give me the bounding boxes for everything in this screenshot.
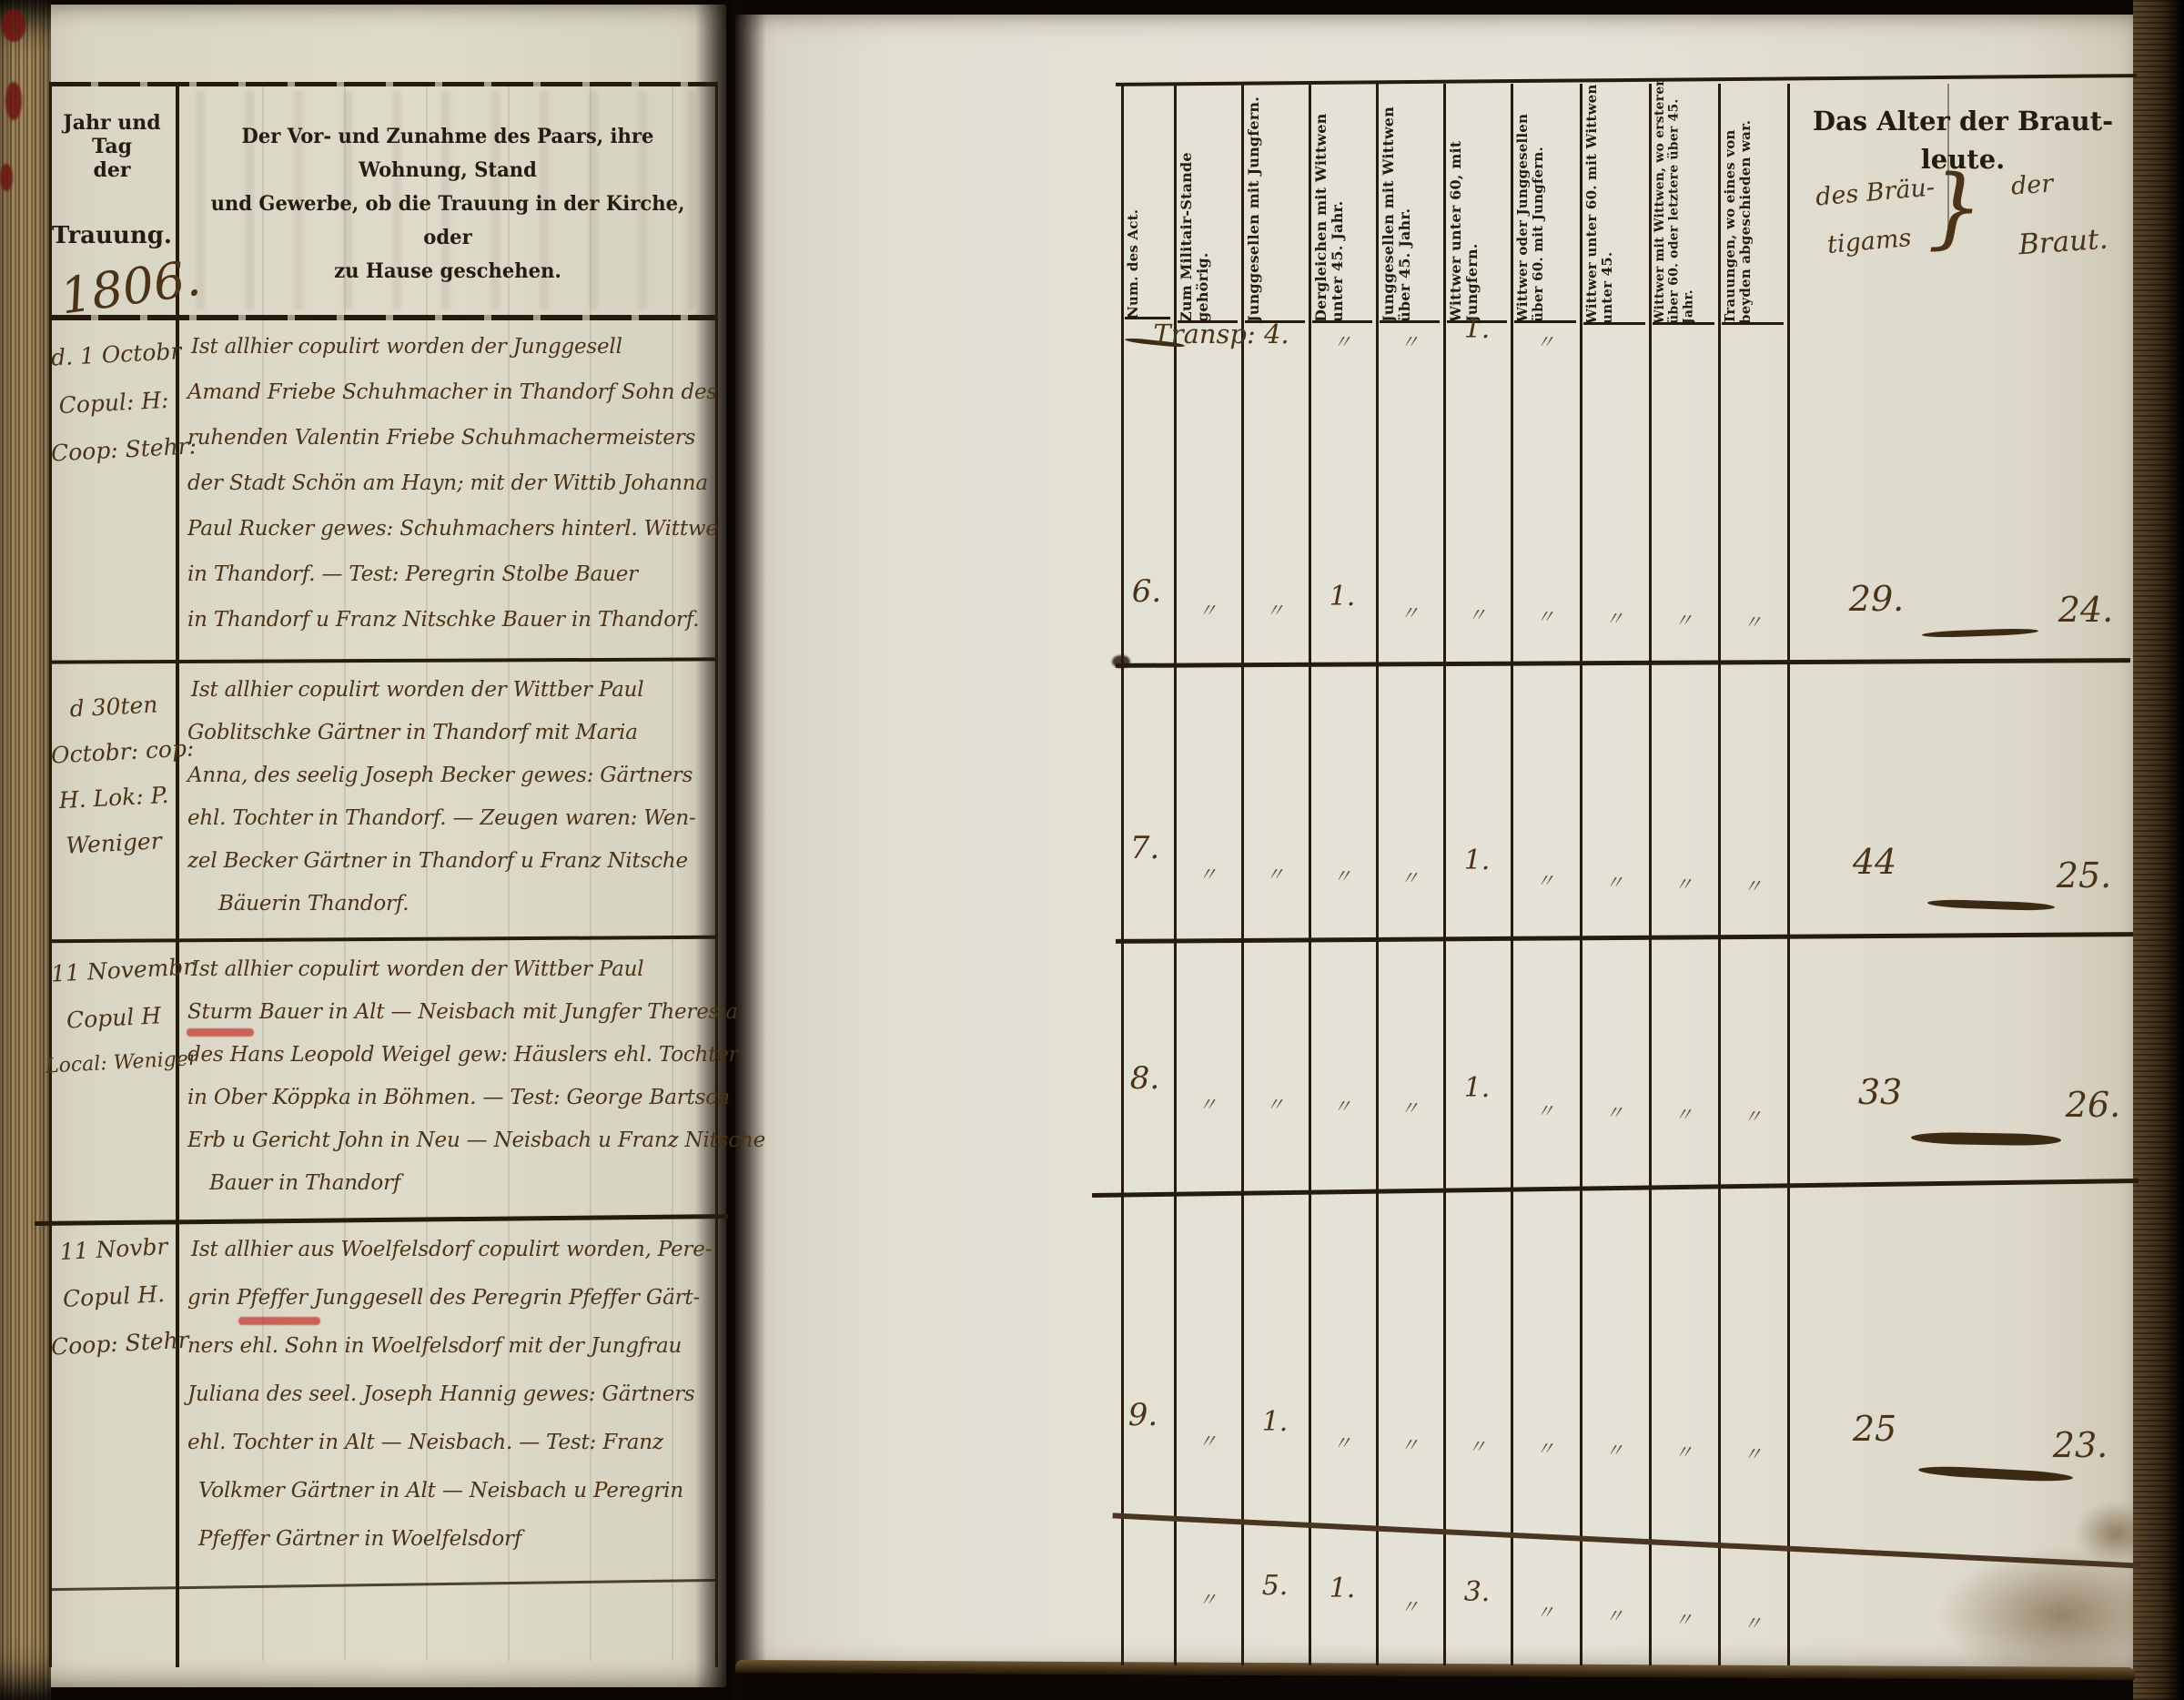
tally-cell: 〃: [1400, 1593, 1420, 1620]
tally-column-header: Zum Militair-Stande gehörig.: [1178, 102, 1238, 323]
tally-cell: 〃: [1400, 328, 1420, 355]
tally-column-header: Junggesellen mit Wittwen über 45. Jahr.: [1380, 87, 1440, 323]
column-line: [176, 82, 179, 1667]
groom-age: 44: [1853, 842, 1896, 882]
column-line: [1376, 84, 1379, 1665]
tally-cell: 〃: [1674, 1438, 1694, 1465]
entry-text-line: Bäuerin Thandorf.: [218, 892, 409, 916]
tally-cell: 〃: [1674, 1605, 1694, 1633]
entry-text-line: zel Becker Gärtner in Thandorf u Franz N…: [187, 849, 688, 873]
tally-cell: 〃: [1605, 1098, 1624, 1126]
book-edge-left: [0, 0, 51, 1700]
tally-cell: 〃: [1400, 1094, 1420, 1121]
bride-age-subheader-line1: der: [2010, 169, 2054, 200]
column-line: [1443, 84, 1446, 1665]
ink-stain: [0, 164, 13, 191]
groom-age: 25: [1853, 1409, 1896, 1449]
tally-cell: 〃: [1744, 1609, 1763, 1636]
entry-text-line: Ist allhier copulirt worden der Junggese…: [191, 335, 622, 359]
entry-text-line: Amand Friebe Schuhmacher in Thandorf Soh…: [187, 380, 717, 404]
tally-cell: 〃: [1744, 1440, 1763, 1467]
tally-column-header-label: Wittwer mit Wittwen, wo ersterer über 60…: [1653, 75, 1697, 326]
tally-cell: 〃: [1674, 870, 1694, 897]
tally-cell: 〃: [1744, 608, 1763, 635]
tally-cell: 〃: [1333, 862, 1352, 889]
groom-age: 29.: [1849, 579, 1904, 619]
entry-text-line: Goblitschke Gärtner in Thandorf mit Mari…: [187, 721, 638, 744]
tally-column-header-label: Zum Militair-Stande gehörig.: [1178, 102, 1212, 324]
tally-column-header-label: Num. des Act.: [1125, 135, 1142, 320]
tally-cell: 〃: [1536, 1097, 1555, 1124]
tally-column-header-label: Wittwer unter 60, mit Jungfern.: [1447, 84, 1481, 324]
tally-cell: 〃: [1333, 328, 1352, 355]
tally-cell: 〃: [1605, 1436, 1624, 1463]
tally-column-header: Junggesellen mit Jungfern.: [1245, 95, 1305, 323]
bride-age: 24.: [2058, 590, 2113, 630]
tally-cell: 1.: [1262, 1406, 1289, 1438]
tally-column-header-label: Junggesellen mit Wittwen über 45. Jahr.: [1380, 87, 1414, 324]
ink-stain: [5, 82, 22, 120]
table-border-top: [49, 82, 715, 86]
record-column-header-line1: Der Vor- und Zunahme des Paars, ihre Woh…: [191, 120, 704, 187]
tally-cell: 〃: [1536, 602, 1555, 630]
tally-cell: 〃: [1744, 1102, 1763, 1129]
tally-cell: 〃: [1198, 1427, 1218, 1454]
tally-cell: Transp: 4.: [1153, 319, 1289, 349]
date-column-header-line1: Jahr und Tag: [47, 111, 177, 158]
date-column-header-line2: der: [47, 158, 177, 182]
tally-column-header-label: Trauungen, wo eines von beyden abgeschie…: [1722, 69, 1754, 326]
entry-text-line: Ist allhier copulirt worden der Wittber …: [191, 678, 643, 702]
entry-text-line: der Stadt Schön am Hayn; mit der Wittib …: [187, 471, 708, 495]
entry-text-line: Ist allhier copulirt worden der Wittber …: [191, 957, 643, 981]
tally-column-header: Wittwer unter 60, mit Jungfern.: [1447, 84, 1507, 323]
entry-text-line: Bauer in Thandorf: [209, 1171, 400, 1195]
tally-cell: 〃: [1266, 596, 1285, 623]
tally-cell: 1.: [1330, 1573, 1356, 1604]
tally-cell: 〃: [1198, 1585, 1218, 1613]
tally-cell: 〃: [1605, 868, 1624, 896]
bride-age: 23.: [2053, 1425, 2108, 1465]
column-line: [1309, 84, 1311, 1665]
entry-text-line: in Thandorf u Franz Nitschke Bauer in Th…: [187, 608, 699, 632]
age-column-header-line1: Das Alter der Braut-: [1795, 102, 2131, 140]
tally-cell: 5.: [1262, 1570, 1289, 1602]
tally-cell: 1.: [1464, 845, 1491, 876]
tally-column-header: Num. des Act.: [1125, 135, 1170, 319]
column-line: [715, 82, 718, 1667]
ink-blot: [1112, 655, 1130, 668]
tally-cell: 〃: [1266, 860, 1285, 887]
date-column-header-line3: Trauung.: [47, 222, 177, 249]
entry-text-line: grin Pfeffer Junggesell des Peregrin Pfe…: [187, 1286, 700, 1310]
column-line: [1511, 84, 1513, 1665]
entry-text-line: in Thandorf. — Test: Peregrin Stolbe Bau…: [187, 562, 638, 586]
tally-cell: 〃: [1333, 1429, 1352, 1456]
book-edge-right: [2133, 0, 2184, 1700]
column-line: [1121, 84, 1124, 1665]
tally-cell: 〃: [1400, 864, 1420, 891]
tally-column-header-label: Dergleichen mit Wittwen unter 45. Jahr.: [1312, 91, 1347, 324]
entry-text-line: ehl. Tochter in Alt — Neisbach. — Test: …: [187, 1431, 663, 1454]
tally-cell: 9.: [1128, 1397, 1158, 1433]
entry-text-line: ruhenden Valentin Friebe Schuhmachermeis…: [187, 426, 695, 450]
tally-column-header-label: Wittwer oder Junggesellen über 60. mit J…: [1514, 80, 1547, 324]
tally-column-header-label: Junggesellen mit Jungfern.: [1245, 95, 1263, 324]
bleed-through-columns: [182, 86, 715, 1661]
tally-cell: 〃: [1674, 1100, 1694, 1128]
tally-cell: 〃: [1744, 872, 1763, 899]
entry-text-line: Anna, des seelig Joseph Becker gewes: Gä…: [187, 764, 693, 787]
tally-cell: 1.: [1330, 581, 1356, 612]
tally-cell: 6.: [1132, 573, 1161, 610]
tally-cell: 8.: [1130, 1060, 1159, 1097]
groom-age: 33: [1858, 1072, 1902, 1112]
tally-cell: 〃: [1198, 1090, 1218, 1118]
record-column-header-line2: und Gewerbe, ob die Trauung in der Kirch…: [191, 187, 704, 255]
tally-column-header: Wittwer unter 60. mit Wittwen unter 45.: [1583, 78, 1645, 325]
entry-text-line: ehl. Tochter in Thandorf. — Zeugen waren…: [187, 806, 696, 830]
entry-text-line: Sturm Bauer in Alt — Neisbach mit Jungfe…: [187, 1000, 738, 1024]
header-separator: [49, 315, 715, 320]
tally-cell: 7.: [1130, 830, 1159, 866]
column-line: [1787, 84, 1790, 1665]
tally-cell: 1.: [1464, 313, 1491, 345]
ink-stain: [2, 9, 25, 42]
entry-text-line: Volkmer Gärtner in Alt — Neisbach u Pere…: [198, 1479, 683, 1503]
tally-cell: 〃: [1674, 606, 1694, 633]
column-line: [1580, 84, 1582, 1665]
tally-column-header: Dergleichen mit Wittwen unter 45. Jahr.: [1312, 91, 1372, 323]
tally-cell: 〃: [1468, 601, 1487, 628]
bride-age: 25.: [2057, 855, 2111, 896]
register-book-scan: Jahr und Tag der Trauung. 1806. Der Vor-…: [0, 0, 2184, 1700]
bride-age: 26.: [2066, 1085, 2120, 1125]
entry-text-line: Erb u Gericht John in Neu — Neisbach u F…: [187, 1128, 765, 1152]
entry-text-line: in Ober Köppka in Böhmen. — Test: George…: [187, 1086, 731, 1109]
column-line: [49, 82, 52, 1667]
entry-text-line: Pfeffer Gärtner in Woelfelsdorf: [198, 1527, 521, 1551]
bride-age-subheader-line2: Braut.: [2017, 223, 2109, 262]
tally-cell: 〃: [1198, 596, 1218, 623]
paper-stain: [2075, 1502, 2157, 1565]
entry-text-line: Paul Rucker gewes: Schuhmachers hinterl.…: [187, 517, 718, 541]
tally-cell: 〃: [1468, 1432, 1487, 1460]
tally-cell: 〃: [1536, 1434, 1555, 1462]
tally-cell: 〃: [1536, 328, 1555, 355]
paper-stain: [1938, 1547, 2184, 1684]
tally-cell: 〃: [1400, 599, 1420, 626]
entry-text-line: Juliana des seel. Joseph Hannig gewes: G…: [187, 1382, 695, 1406]
tally-column-header: Trauungen, wo eines von beyden abgeschie…: [1722, 69, 1784, 325]
red-underline-sturm: [187, 1028, 254, 1037]
record-column-header: Der Vor- und Zunahme des Paars, ihre Woh…: [180, 120, 715, 288]
tally-cell: 1.: [1464, 1072, 1491, 1104]
tally-column-header: Wittwer mit Wittwen, wo ersterer über 60…: [1653, 75, 1714, 325]
tally-cell: 〃: [1536, 1598, 1555, 1625]
brace-glyph: }: [1927, 157, 1983, 258]
tally-cell: 〃: [1333, 1092, 1352, 1119]
entry-text-line: ners ehl. Sohn in Woelfelsdorf mit der J…: [187, 1334, 682, 1358]
record-column-header-line3: zu Hause geschehen.: [191, 255, 704, 288]
tally-column-header-label: Wittwer unter 60. mit Wittwen unter 45.: [1583, 78, 1616, 326]
red-underline-pfeffer: [238, 1317, 320, 1325]
tally-cell: 〃: [1198, 860, 1218, 887]
column-line: [1649, 84, 1652, 1665]
column-line: [1718, 84, 1721, 1665]
tally-cell: 〃: [1605, 604, 1624, 632]
entry-text-line: des Hans Leopold Weigel gew: Häuslers eh…: [187, 1043, 738, 1067]
tally-cell: 〃: [1605, 1602, 1624, 1629]
tally-cell: 〃: [1536, 866, 1555, 894]
tally-cell: 〃: [1266, 1090, 1285, 1118]
tally-cell: 3.: [1464, 1576, 1491, 1608]
tally-column-header: Wittwer oder Junggesellen über 60. mit J…: [1514, 80, 1576, 323]
entry-text-line: Ist allhier aus Woelfelsdorf copulirt wo…: [191, 1238, 712, 1261]
tally-cell: 〃: [1400, 1431, 1420, 1458]
